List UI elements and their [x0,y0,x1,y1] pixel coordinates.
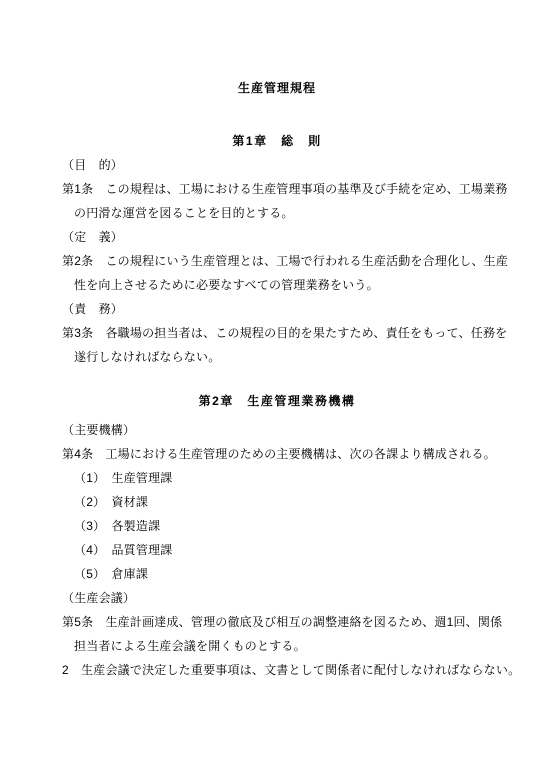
article-1-line-2: の円滑な運営を図ることを目的とする。 [0,201,554,225]
article-3-line-2: 遂行しなければならない。 [0,345,554,369]
chapter-2-heading: 第2章 生産管理業務機構 [0,389,554,413]
article-5-line-2: 担当者による生産会議を開くものとする。 [0,634,554,658]
article-2-line-2: 性を向上させるために必要なすべての管理業務をいう。 [0,273,554,297]
list-item-5: （5） 倉庫課 [0,562,554,586]
article-1-line-1: 第1条 この規程は、工場における生産管理事項の基準及び手続を定め、工場業務 [0,177,554,201]
article-5-line-1: 第5条 生産計画達成、管理の徹底及び相互の調整連絡を図るため、週1回、関係 [0,610,554,634]
definitions-label: （定 義） [0,225,554,249]
article-2-line-1: 第2条 この規程にいう生産管理とは、工場で行われる生産活動を合理化し、生産 [0,249,554,273]
article-3-line-1: 第3条 各職場の担当者は、この規程の目的を果たすため、責任をもって、任務を [0,321,554,345]
document-title: 生産管理規程 [0,76,554,100]
list-item-4: （4） 品質管理課 [0,538,554,562]
list-item-3: （3） 各製造課 [0,514,554,538]
main-structure-label: （主要機構） [0,418,554,442]
purpose-label: （目 的） [0,153,554,177]
duties-label: （責 務） [0,297,554,321]
list-item-2: （2） 資材課 [0,490,554,514]
article-5-paragraph-2: 2 生産会議で決定した重要事項は、文書として関係者に配付しなければならない。 [0,658,554,682]
document-page: 生産管理規程 第1章 総 則 （目 的） 第1条 この規程は、工場における生産管… [0,0,554,783]
article-4-line-1: 第4条 工場における生産管理のための主要機構は、次の各課より構成される。 [0,442,554,466]
list-item-1: （1） 生産管理課 [0,466,554,490]
chapter-1-heading: 第1章 総 則 [0,129,554,153]
production-meeting-label: （生産会議） [0,586,554,610]
